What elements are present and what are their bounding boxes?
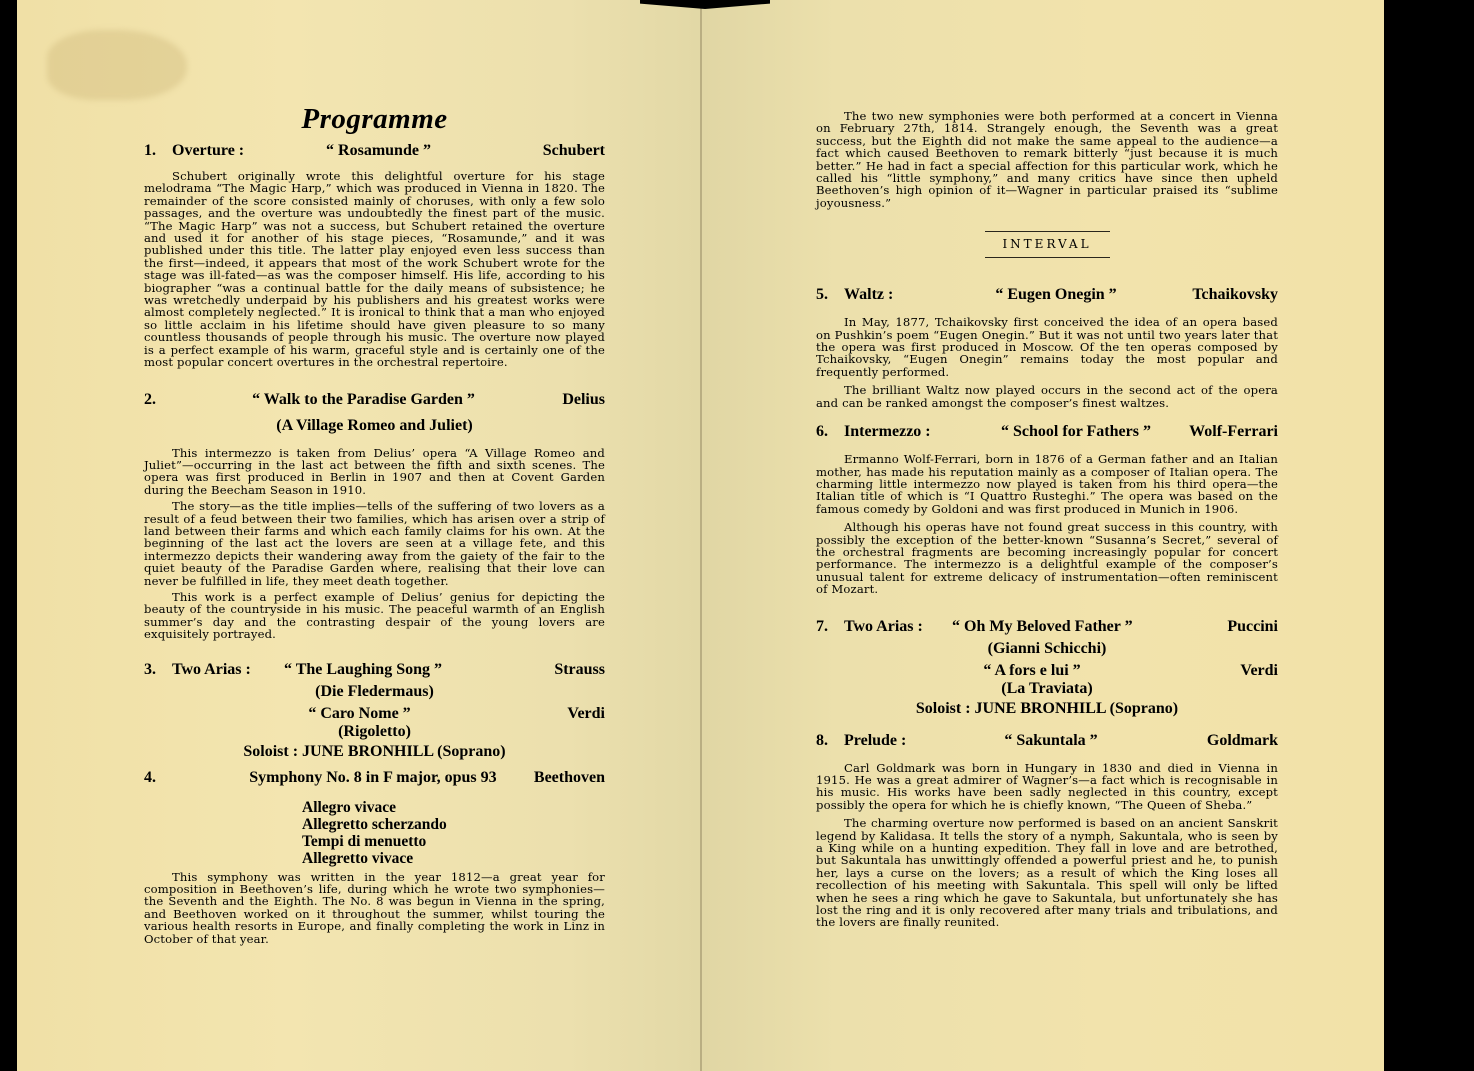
item-number: 1. bbox=[144, 142, 172, 160]
item-work: Symphony No. 8 in F major, opus 93 bbox=[172, 769, 534, 787]
item-kind: Overture : bbox=[172, 142, 282, 160]
item-2-subtitle: (A Village Romeo and Juliet) bbox=[144, 417, 605, 435]
programme-item-5-heading: 5. Waltz : “ Eugen Onegin ” Tchaikovsky bbox=[816, 286, 1278, 304]
movement-3: Tempi di menuetto bbox=[302, 833, 605, 850]
item-7-second-aria: “ A fors e lui ” Verdi bbox=[816, 662, 1278, 680]
item-work: “ The Laughing Song ” bbox=[284, 661, 515, 679]
item-work: “ School for Fathers ” bbox=[964, 423, 1188, 441]
item-kind: Intermezzo : bbox=[844, 423, 964, 441]
item-8-note-2: The charming overture now performed is b… bbox=[816, 817, 1278, 929]
item-composer: Tchaikovsky bbox=[1188, 286, 1278, 304]
item-number: 6. bbox=[816, 423, 844, 441]
interval-block: INTERVAL bbox=[816, 231, 1278, 258]
item-8-note-1: Carl Goldmark was born in Hungary in 183… bbox=[816, 762, 1278, 812]
spine-fold bbox=[700, 8, 702, 1071]
right-page-content: The two new symphonies were both perform… bbox=[816, 110, 1278, 929]
item-work: “ Oh My Beloved Father ” bbox=[952, 618, 1188, 636]
programme-item-2-heading: 2. “ Walk to the Paradise Garden ” Deliu… bbox=[144, 391, 605, 409]
programme-item-1-heading: 1. Overture : “ Rosamunde ” Schubert bbox=[144, 142, 605, 160]
item-1-note: Schubert originally wrote this delightfu… bbox=[144, 170, 605, 369]
programme-item-8-heading: 8. Prelude : “ Sakuntala ” Goldmark bbox=[816, 732, 1278, 750]
item-number: 3. bbox=[144, 661, 172, 679]
item-7-second-subtitle: (La Traviata) bbox=[816, 680, 1278, 698]
item-number: 8. bbox=[816, 732, 844, 750]
page-title: Programme bbox=[144, 103, 605, 136]
item-5-note-2: The brilliant Waltz now played occurs in… bbox=[816, 384, 1278, 409]
item-7-subtitle: (Gianni Schicchi) bbox=[816, 640, 1278, 658]
item-2-note-1: This intermezzo is taken from Delius’ op… bbox=[144, 447, 605, 497]
item-number: 7. bbox=[816, 618, 844, 636]
item-composer: Verdi bbox=[1188, 662, 1278, 680]
item-6-note-1: Ermanno Wolf-Ferrari, born in 1876 of a … bbox=[816, 453, 1278, 515]
item-7-soloist: Soloist : JUNE BRONHILL (Soprano) bbox=[816, 700, 1278, 718]
beethoven-continuation: The two new symphonies were both perform… bbox=[816, 110, 1278, 209]
programme-item-4-heading: 4. Symphony No. 8 in F major, opus 93 Be… bbox=[144, 769, 605, 787]
item-work: “ Sakuntala ” bbox=[954, 732, 1188, 750]
item-number: 4. bbox=[144, 769, 172, 787]
water-stain bbox=[47, 30, 187, 100]
item-2-note-3: This work is a perfect example of Delius… bbox=[144, 591, 605, 641]
programme-item-3-heading: 3. Two Arias : “ The Laughing Song ” Str… bbox=[144, 661, 605, 679]
programme-item-6-heading: 6. Intermezzo : “ School for Fathers ” W… bbox=[816, 423, 1278, 441]
item-work: “ A fors e lui ” bbox=[816, 662, 1188, 680]
movement-list: Allegro vivace Allegretto scherzando Tem… bbox=[302, 799, 605, 867]
item-3-second-aria: “ Caro Nome ” Verdi bbox=[144, 705, 605, 723]
item-composer: Delius bbox=[515, 391, 605, 409]
item-number: 2. bbox=[144, 391, 172, 409]
movement-2: Allegretto scherzando bbox=[302, 816, 605, 833]
item-composer: Strauss bbox=[515, 661, 605, 679]
item-composer: Goldmark bbox=[1188, 732, 1278, 750]
item-composer: Beethoven bbox=[534, 769, 605, 787]
item-composer: Wolf-Ferrari bbox=[1188, 423, 1278, 441]
item-3-second-subtitle: (Rigoletto) bbox=[144, 723, 605, 741]
item-kind: Two Arias : bbox=[172, 661, 284, 679]
item-3-subtitle: (Die Fledermaus) bbox=[144, 683, 605, 701]
item-kind: Prelude : bbox=[844, 732, 954, 750]
item-composer: Schubert bbox=[515, 142, 605, 160]
item-work: “ Caro Nome ” bbox=[144, 705, 515, 723]
item-5-note-1: In May, 1877, Tchaikovsky first conceive… bbox=[816, 316, 1278, 378]
item-kind: Waltz : bbox=[844, 286, 954, 304]
programme-item-7-heading: 7. Two Arias : “ Oh My Beloved Father ” … bbox=[816, 618, 1278, 636]
item-3-soloist: Soloist : JUNE BRONHILL (Soprano) bbox=[144, 743, 605, 761]
interval-label: INTERVAL bbox=[985, 231, 1110, 258]
item-2-note-2: The story—as the title implies—tells of … bbox=[144, 500, 605, 587]
item-composer: Verdi bbox=[515, 705, 605, 723]
left-page-content: Programme 1. Overture : “ Rosamunde ” Sc… bbox=[144, 103, 605, 945]
item-work: “ Walk to the Paradise Garden ” bbox=[172, 391, 515, 409]
movement-4: Allegretto vivace bbox=[302, 850, 605, 867]
item-4-note: This symphony was written in the year 18… bbox=[144, 871, 605, 945]
item-work: “ Rosamunde ” bbox=[282, 142, 515, 160]
item-number: 5. bbox=[816, 286, 844, 304]
movement-1: Allegro vivace bbox=[302, 799, 605, 816]
item-work: “ Eugen Onegin ” bbox=[954, 286, 1188, 304]
item-6-note-2: Although his operas have not found great… bbox=[816, 521, 1278, 595]
item-composer: Puccini bbox=[1188, 618, 1278, 636]
item-kind: Two Arias : bbox=[844, 618, 952, 636]
